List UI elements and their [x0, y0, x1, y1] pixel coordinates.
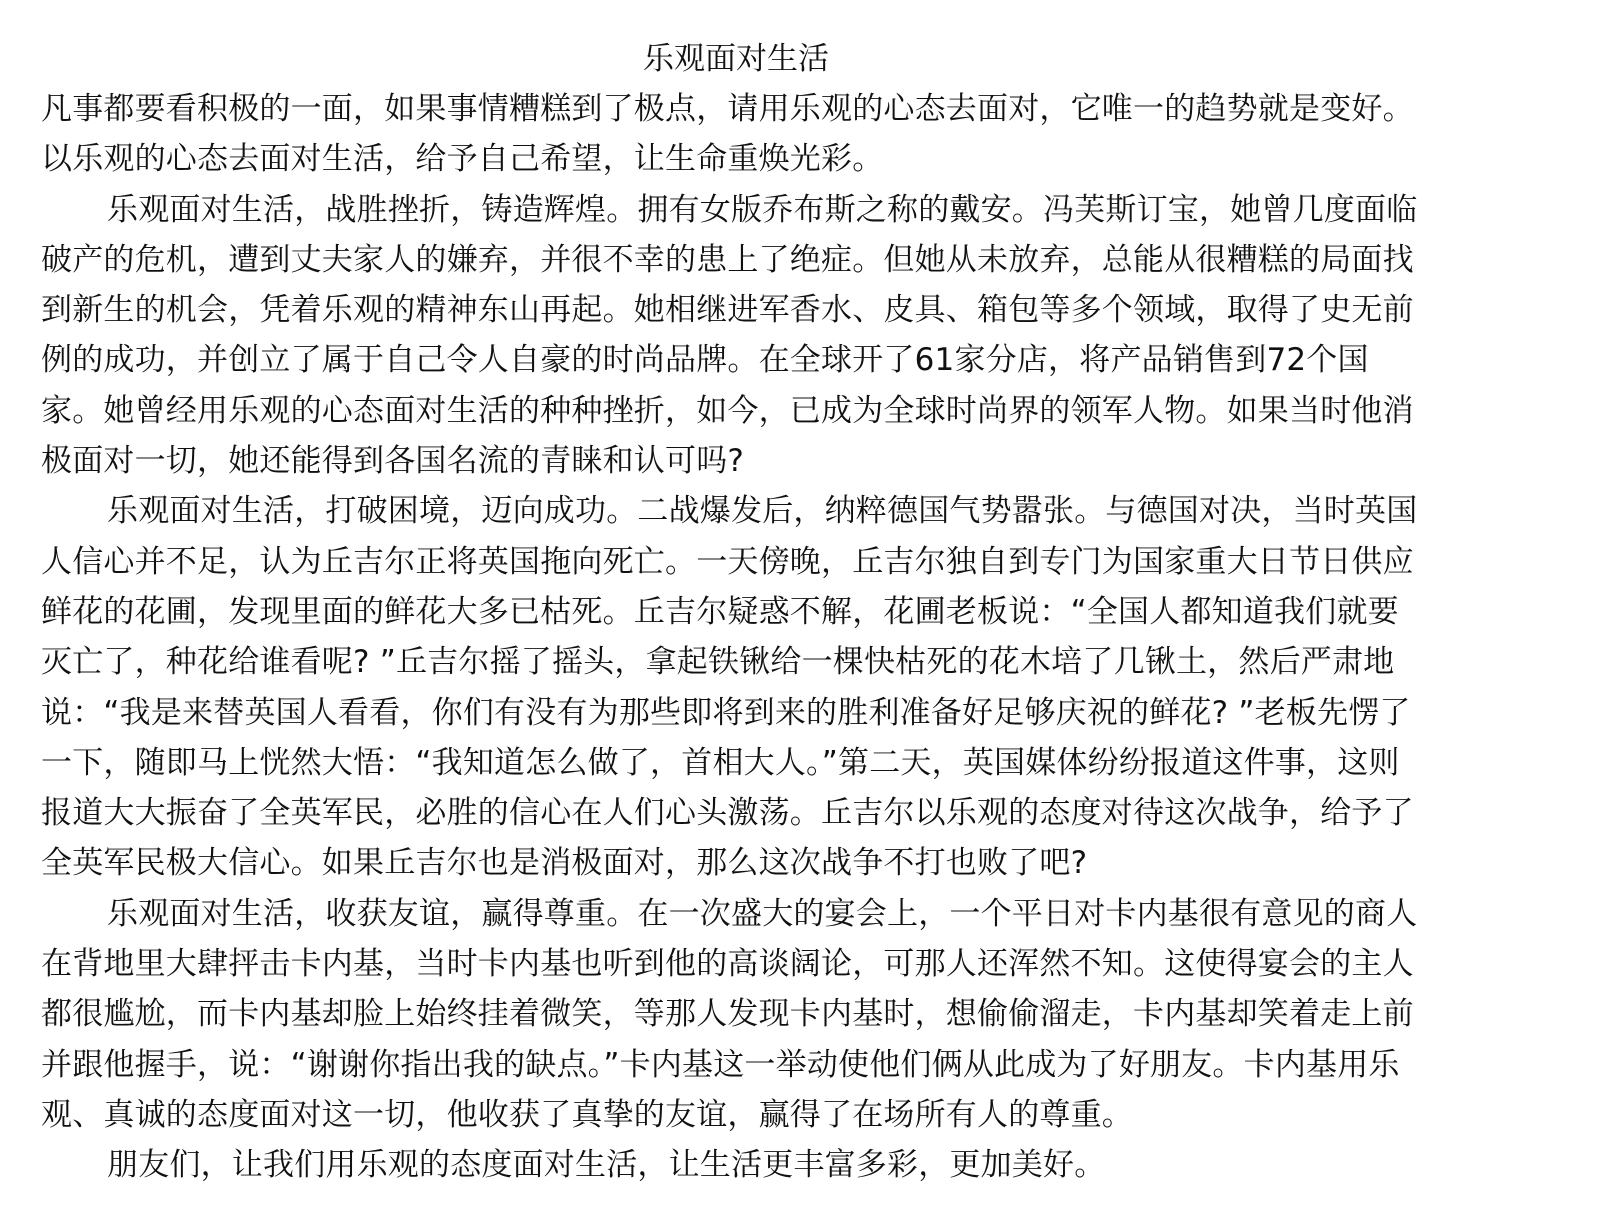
paragraph-line: 破产的危机，遭到丈夫家人的嫌弃，并很不幸的患上了绝症。但她从未放弃，总能从很糟糕…	[41, 235, 1561, 285]
paragraph-line: 到新生的机会，凭着乐观的精神东山再起。她相继进军香水、皮具、箱包等多个领域，取得…	[41, 285, 1561, 335]
paragraph-line: 凡事都要看积极的一面，如果事情糟糕到了极点，请用乐观的心态去面对，它唯一的趋势就…	[41, 84, 1561, 134]
paragraph-line: 全英军民极大信心。如果丘吉尔也是消极面对，那么这次战争不打也败了吧?	[41, 838, 1561, 888]
paragraph-line: 说：“我是来替英国人看看，你们有没有为那些即将到来的胜利准备好足够庆祝的鲜花? …	[41, 688, 1561, 738]
paragraph-line: 家。她曾经用乐观的心态面对生活的种种挫折，如今，已成为全球时尚界的领军人物。如果…	[41, 386, 1561, 436]
document-body: 凡事都要看积极的一面，如果事情糟糕到了极点，请用乐观的心态去面对，它唯一的趋势就…	[41, 84, 1561, 1191]
paragraph-line: 一下，随即马上恍然大悟：“我知道怎么做了，首相大人。”第二天，英国媒体纷纷报道这…	[41, 738, 1561, 788]
paragraph-line: 并跟他握手，说：“谢谢你指出我的缺点。”卡内基这一举动使他们俩从此成为了好朋友。…	[41, 1040, 1561, 1090]
paragraph-first-line: 朋友们，让我们用乐观的态度面对生活，让生活更丰富多彩，更加美好。	[41, 1140, 1561, 1190]
paragraph-line: 报道大大振奋了全英军民，必胜的信心在人们心头激荡。丘吉尔以乐观的态度对待这次战争…	[41, 788, 1561, 838]
paragraph-first-line: 乐观面对生活，战胜挫折，铸造辉煌。拥有女版乔布斯之称的戴安。冯芙斯订宝，她曾几度…	[41, 185, 1561, 235]
paragraph-line: 灭亡了，种花给谁看呢? ”丘吉尔摇了摇头，拿起铁锹给一棵快枯死的花木培了几锹土，…	[41, 637, 1561, 687]
document-title: 乐观面对生活	[41, 34, 1431, 84]
document-page: 乐观面对生活 凡事都要看积极的一面，如果事情糟糕到了极点，请用乐观的心态去面对，…	[41, 34, 1561, 1191]
paragraph-line: 鲜花的花圃，发现里面的鲜花大多已枯死。丘吉尔疑惑不解，花圃老板说：“全国人都知道…	[41, 587, 1561, 637]
paragraph-line: 观、真诚的态度面对这一切，他收获了真挚的友谊，赢得了在场所有人的尊重。	[41, 1090, 1561, 1140]
paragraph-first-line: 乐观面对生活，收获友谊，赢得尊重。在一次盛大的宴会上，一个平日对卡内基很有意见的…	[41, 889, 1561, 939]
paragraph-first-line: 乐观面对生活，打破困境，迈向成功。二战爆发后，纳粹德国气势嚣张。与德国对决，当时…	[41, 486, 1561, 536]
paragraph-line: 都很尴尬，而卡内基却脸上始终挂着微笑，等那人发现卡内基时，想偷偷溜走，卡内基却笑…	[41, 989, 1561, 1039]
paragraph-line: 以乐观的心态去面对生活，给予自己希望，让生命重焕光彩。	[41, 134, 1561, 184]
paragraph-line: 极面对一切，她还能得到各国名流的青睐和认可吗?	[41, 436, 1561, 486]
paragraph-line: 例的成功，并创立了属于自己令人自豪的时尚品牌。在全球开了61家分店，将产品销售到…	[41, 335, 1561, 385]
paragraph-line: 在背地里大肆抨击卡内基，当时卡内基也听到他的高谈阔论，可那人还浑然不知。这使得宴…	[41, 939, 1561, 989]
paragraph-line: 人信心并不足，认为丘吉尔正将英国拖向死亡。一天傍晚，丘吉尔独自到专门为国家重大日…	[41, 537, 1561, 587]
